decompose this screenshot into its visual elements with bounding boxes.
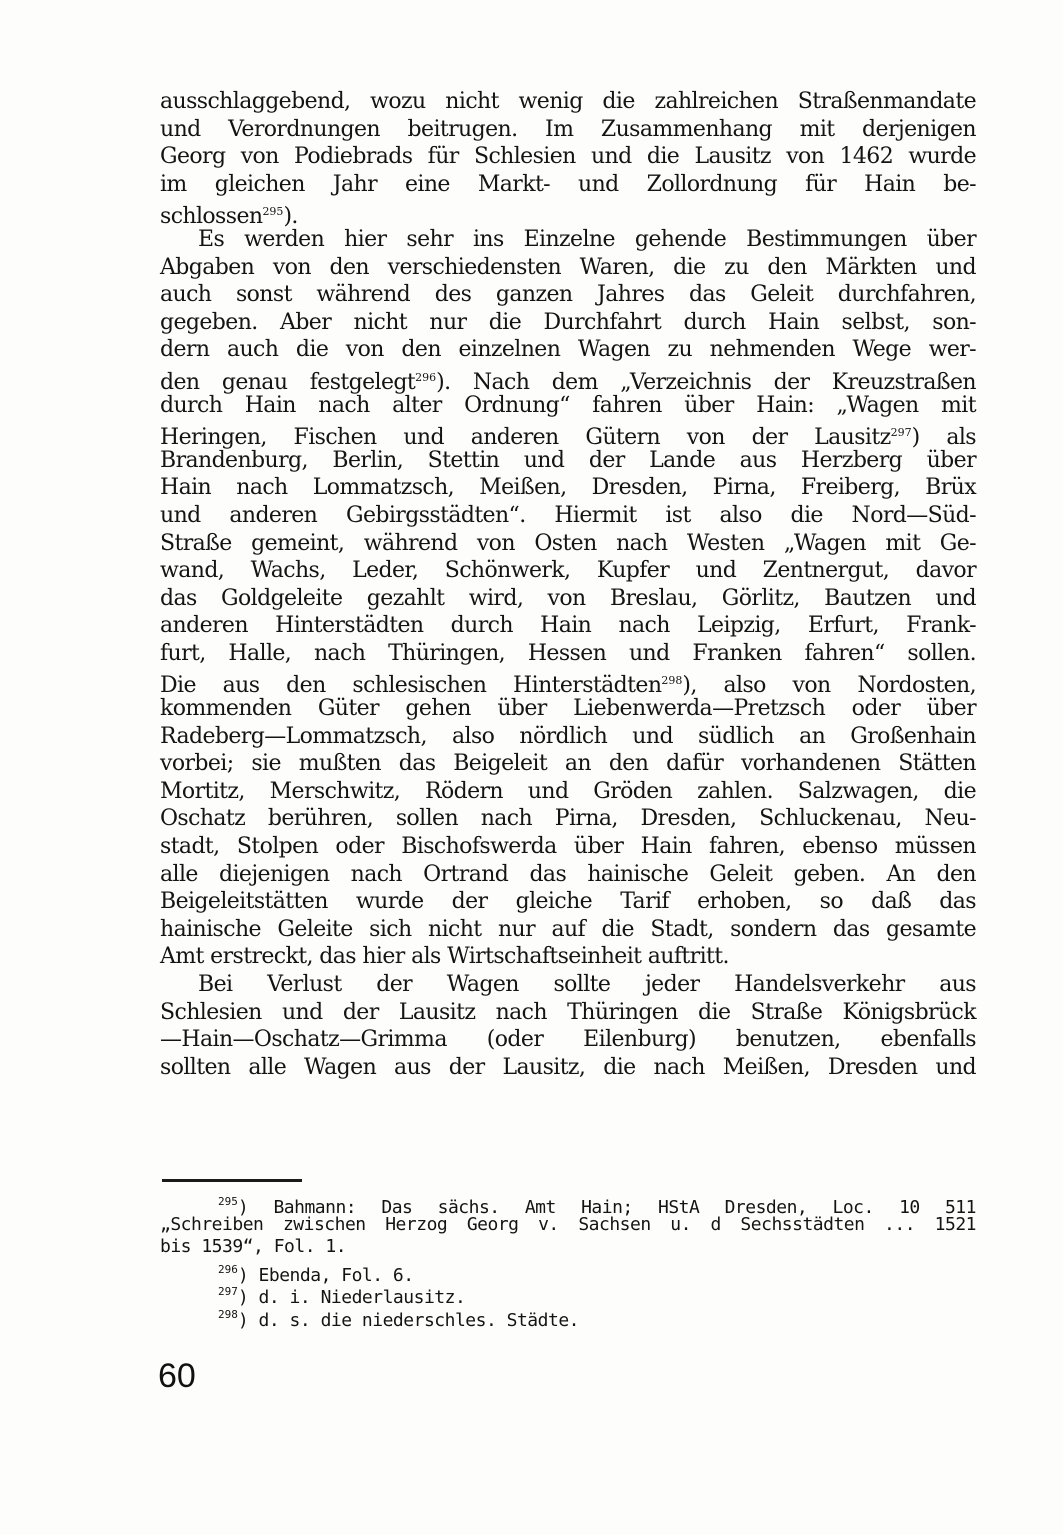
text-line: kommenden Güter gehen über Liebenwerda—P… xyxy=(160,695,976,723)
footnote-number: 296 xyxy=(218,1263,238,1276)
footnote-reference: 297 xyxy=(891,426,912,439)
line-text: —Hain—Oschatz—Grimma (oder Eilenburg) be… xyxy=(160,1027,976,1052)
text-line: Beigeleitstätten wurde der gleiche Tarif… xyxy=(160,888,976,916)
line-text: und Verordnungen beitrugen. Im Zusammenh… xyxy=(160,117,976,142)
line-text: wand, Wachs, Leder, Schönwerk, Kupfer un… xyxy=(160,558,976,583)
text-line: Die aus den schlesischen Hinterstädten29… xyxy=(160,667,976,695)
footnote-text: bis 1539“, Fol. 1. xyxy=(160,1236,346,1257)
text-line: ausschlaggebend, wozu nicht wenig die za… xyxy=(160,88,976,116)
text-line: Schlesien und der Lausitz nach Thüringen… xyxy=(160,999,976,1027)
line-text: hainische Geleite sich nicht nur auf die… xyxy=(160,917,976,942)
line-text: furt, Halle, nach Thüringen, Hessen und … xyxy=(160,641,976,666)
line-text: Georg von Podiebrads für Schlesien und d… xyxy=(160,144,976,169)
footnote: 295) Bahmann: Das sächs. Amt Hain; HStA … xyxy=(160,1191,976,1214)
line-text: Hain nach Lommatzsch, Meißen, Dresden, P… xyxy=(160,475,976,500)
text-line: Georg von Podiebrads für Schlesien und d… xyxy=(160,143,976,171)
text-line: Bei Verlust der Wagen sollte jeder Hande… xyxy=(160,971,976,999)
body-text: ausschlaggebend, wozu nicht wenig die za… xyxy=(160,88,976,1081)
text-line: alle diejenigen nach Ortrand das hainisc… xyxy=(160,861,976,889)
line-text: im gleichen Jahr eine Markt- und Zollord… xyxy=(160,172,976,197)
text-line: Oschatz berühren, sollen nach Pirna, Dre… xyxy=(160,805,976,833)
text-line: das Goldgeleite gezahlt wird, von Bresla… xyxy=(160,585,976,613)
text-line: anderen Hinterstädten durch Hain nach Le… xyxy=(160,612,976,640)
line-text: Straße gemeint, während von Osten nach W… xyxy=(160,531,976,556)
footnotes: 295) Bahmann: Das sächs. Amt Hain; HStA … xyxy=(160,1191,976,1326)
line-text: stadt, Stolpen oder Bischofswerda über H… xyxy=(160,834,976,859)
text-line: Abgaben von den verschiedensten Waren, d… xyxy=(160,254,976,282)
line-text: Beigeleitstätten wurde der gleiche Tarif… xyxy=(160,889,976,914)
line-text: Bei Verlust der Wagen sollte jeder Hande… xyxy=(198,972,976,997)
footnote-reference: 298 xyxy=(661,674,682,687)
line-text: Radeberg—Lommatzsch, also nördlich und s… xyxy=(160,724,976,749)
footnote-number: 295 xyxy=(218,1195,238,1208)
line-text: Mortitz, Merschwitz, Rödern und Gröden z… xyxy=(160,779,976,804)
text-line: im gleichen Jahr eine Markt- und Zollord… xyxy=(160,171,976,199)
text-line: und Verordnungen beitrugen. Im Zusammenh… xyxy=(160,116,976,144)
text-line: auch sonst während des ganzen Jahres das… xyxy=(160,281,976,309)
text-line: hainische Geleite sich nicht nur auf die… xyxy=(160,916,976,944)
footnote: bis 1539“, Fol. 1. xyxy=(160,1236,976,1259)
line-text: anderen Hinterstädten durch Hain nach Le… xyxy=(160,613,976,638)
line-text: das Goldgeleite gezahlt wird, von Bresla… xyxy=(160,586,976,611)
text-line: vorbei; sie mußten das Beigeleit an den … xyxy=(160,750,976,778)
line-text: Brandenburg, Berlin, Stettin und der Lan… xyxy=(160,448,976,473)
footnote-separator xyxy=(162,1179,302,1182)
footnote-number: 297 xyxy=(218,1285,238,1298)
line-text: Abgaben von den verschiedensten Waren, d… xyxy=(160,255,976,280)
text-line: schlossen295). xyxy=(160,198,976,226)
text-line: gegeben. Aber nicht nur die Durchfahrt d… xyxy=(160,309,976,337)
text-line: furt, Halle, nach Thüringen, Hessen und … xyxy=(160,640,976,668)
text-line: durch Hain nach alter Ordnung“ fahren üb… xyxy=(160,392,976,420)
text-line: den genau festgelegt296). Nach dem „Verz… xyxy=(160,364,976,392)
document-page: ausschlaggebend, wozu nicht wenig die za… xyxy=(0,0,1063,1535)
line-text: Schlesien und der Lausitz nach Thüringen… xyxy=(160,1000,976,1025)
text-line: Mortitz, Merschwitz, Rödern und Gröden z… xyxy=(160,778,976,806)
text-line: Hain nach Lommatzsch, Meißen, Dresden, P… xyxy=(160,474,976,502)
page-number: 60 xyxy=(158,1357,196,1396)
line-text: ausschlaggebend, wozu nicht wenig die za… xyxy=(160,89,976,114)
line-text: auch sonst während des ganzen Jahres das… xyxy=(160,282,976,307)
line-text: gegeben. Aber nicht nur die Durchfahrt d… xyxy=(160,310,976,335)
line-text: vorbei; sie mußten das Beigeleit an den … xyxy=(160,751,976,776)
text-line: wand, Wachs, Leder, Schönwerk, Kupfer un… xyxy=(160,557,976,585)
text-line: stadt, Stolpen oder Bischofswerda über H… xyxy=(160,833,976,861)
footnote-text: „Schreiben zwischen Herzog Georg v. Sach… xyxy=(160,1214,976,1235)
footnote: 296) Ebenda, Fol. 6. xyxy=(160,1259,976,1282)
footnote-reference: 295 xyxy=(262,205,283,218)
line-text: alle diejenigen nach Ortrand das hainisc… xyxy=(160,862,976,887)
text-line: Radeberg—Lommatzsch, also nördlich und s… xyxy=(160,723,976,751)
text-line: —Hain—Oschatz—Grimma (oder Eilenburg) be… xyxy=(160,1026,976,1054)
text-line: Amt erstreckt, das hier als Wirtschaftse… xyxy=(160,943,976,971)
text-line: dern auch die von den einzelnen Wagen zu… xyxy=(160,336,976,364)
line-text: Oschatz berühren, sollen nach Pirna, Dre… xyxy=(160,806,976,831)
footnote: „Schreiben zwischen Herzog Georg v. Sach… xyxy=(160,1214,976,1237)
footnote-reference: 296 xyxy=(415,371,436,384)
line-text: durch Hain nach alter Ordnung“ fahren üb… xyxy=(160,393,976,418)
line-text: kommenden Güter gehen über Liebenwerda—P… xyxy=(160,696,976,721)
text-line: Straße gemeint, während von Osten nach W… xyxy=(160,530,976,558)
footnote-text: ) d. s. die niederschles. Städte. xyxy=(238,1310,579,1331)
text-line: Heringen, Fischen und anderen Gütern von… xyxy=(160,419,976,447)
text-line: und anderen Gebirgsstädten“. Hiermit ist… xyxy=(160,502,976,530)
line-text: dern auch die von den einzelnen Wagen zu… xyxy=(160,337,976,362)
text-line: Brandenburg, Berlin, Stettin und der Lan… xyxy=(160,447,976,475)
footnote: 298) d. s. die niederschles. Städte. xyxy=(160,1304,976,1327)
line-text: Es werden hier sehr ins Einzelne gehende… xyxy=(198,227,976,252)
line-text: Amt erstreckt, das hier als Wirtschaftse… xyxy=(160,944,729,969)
text-line: Es werden hier sehr ins Einzelne gehende… xyxy=(160,226,976,254)
text-line: sollten alle Wagen aus der Lausitz, die … xyxy=(160,1054,976,1082)
line-text: sollten alle Wagen aus der Lausitz, die … xyxy=(160,1055,976,1080)
line-text: und anderen Gebirgsstädten“. Hiermit ist… xyxy=(160,503,976,528)
footnote-number: 298 xyxy=(218,1308,238,1321)
footnote: 297) d. i. Niederlausitz. xyxy=(160,1281,976,1304)
